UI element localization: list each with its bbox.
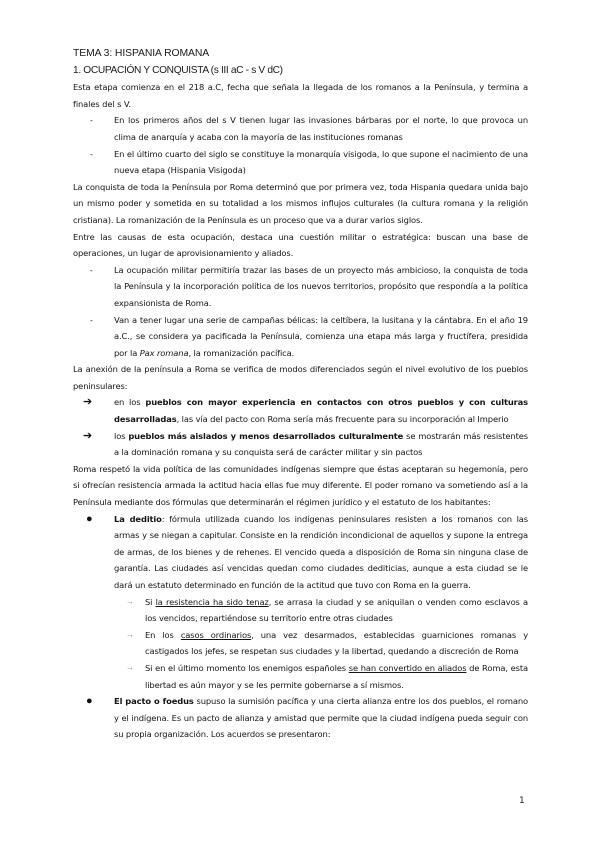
arrow-bullet-icon: ➔ [83, 394, 92, 411]
small-arrow-icon: → [126, 627, 134, 644]
arrow-bullet-icon: ➔ [83, 428, 92, 445]
small-arrow-icon: → [126, 660, 134, 677]
paragraph-anexion: La anexión de la península a Roma se ver… [73, 361, 528, 394]
list-item: - En los primeros años del s V tienen lu… [73, 112, 528, 145]
document-title: TEMA 3: HISPANIA ROMANA [73, 46, 528, 63]
sub-list-item: → Si la resistencia ha sido tenaz, se ar… [73, 594, 528, 627]
intro-paragraph: Esta etapa comienza en el 218 a.C, fecha… [73, 79, 528, 112]
dash-bullet: - [90, 312, 93, 329]
paragraph-conquista: La conquista de toda la Península por Ro… [73, 179, 528, 229]
list-item: - En el último cuarto del siglo se const… [73, 146, 528, 179]
dot-bullet-icon: ● [86, 511, 93, 528]
sub-list-item: → Si en el último momento los enemigos e… [73, 660, 528, 693]
document-page: TEMA 3: HISPANIA ROMANA 1. OCUPACIÓN Y C… [73, 46, 528, 743]
paragraph-roma: Roma respetó la vida política de las com… [73, 461, 528, 511]
page-number: 1 [519, 796, 525, 806]
sub-list-item: → En los casos ordinarios, una vez desar… [73, 627, 528, 660]
paragraph-causas: Entre las causas de esta ocupación, dest… [73, 229, 528, 262]
small-arrow-icon: → [126, 594, 134, 611]
dot-bullet-icon: ● [86, 693, 93, 710]
dash-bullet: - [90, 146, 93, 163]
italic-term: Pax romana [140, 348, 189, 358]
list-item-foedus: ● El pacto o foedus supuso la sumisión p… [73, 693, 528, 743]
list-item: ➔ en los pueblos con mayor experiencia e… [73, 394, 528, 427]
list-item-deditio: ● La deditio: fórmula utilizada cuando l… [73, 511, 528, 594]
dash-bullet: - [90, 112, 93, 129]
list-item: - La ocupación militar permitiría trazar… [73, 262, 528, 312]
section-heading: 1. OCUPACIÓN Y CONQUISTA (s III aC - s V… [73, 63, 528, 80]
list-item: - Van a tener lugar una serie de campaña… [73, 312, 528, 362]
dash-bullet: - [90, 262, 93, 279]
list-item: ➔ los pueblos más aislados y menos desar… [73, 428, 528, 461]
